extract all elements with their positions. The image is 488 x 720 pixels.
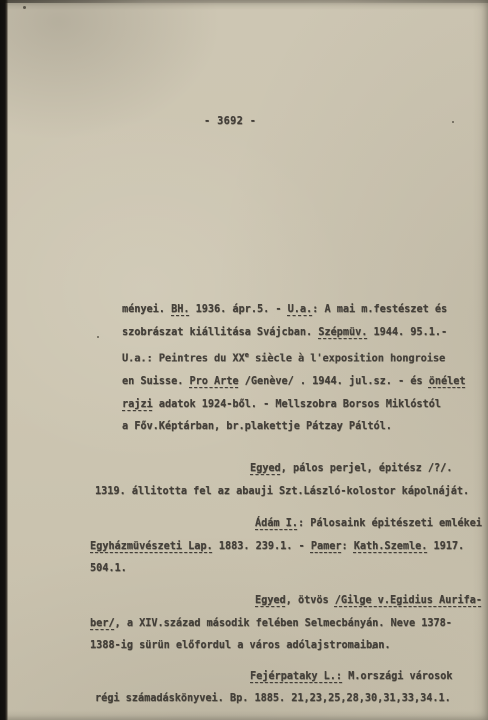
paragraph: Egyed, pálos perjel, épitész /?/. 1319. … bbox=[90, 458, 482, 503]
text-segment: adatok 1924-ből. - Mellszobra Borsos Mik… bbox=[153, 399, 441, 410]
underlined-text: U.a. bbox=[288, 304, 313, 315]
text-segment: , ötvös bbox=[286, 595, 335, 606]
underlined-text: Egyed bbox=[250, 463, 281, 474]
text-line: szobrászat kiállitása Svájcban. Szépmüv.… bbox=[122, 322, 482, 345]
text-line: Egyed, ötvös /Gilge v.Egidius Aurifa- bbox=[255, 590, 482, 613]
text-segment: 1944. 95.1.- bbox=[367, 327, 447, 338]
paragraph: ményei. BH. 1936. ápr.5. - U.a.: A mai m… bbox=[90, 299, 482, 439]
underlined-text: Kath.Szemle. bbox=[354, 541, 428, 552]
underlined-text: ber/ bbox=[90, 618, 115, 629]
text-line: rajzi adatok 1924-ből. - Mellszobra Bors… bbox=[122, 394, 482, 417]
text-line: a Főv.Képtárban, br.plakettje Pátzay Pál… bbox=[122, 416, 482, 439]
underlined-text: Szépmüv. bbox=[318, 327, 367, 338]
text-segment: ményei. bbox=[122, 304, 171, 315]
underlined-text: rajzi bbox=[122, 399, 153, 410]
text-segment: siècle à l'exposition hongroise bbox=[249, 354, 445, 365]
underlined-text: Pamer bbox=[311, 541, 342, 552]
text-segment: M.országi városok bbox=[342, 671, 452, 682]
text-segment: : A mai m.festészet és bbox=[312, 304, 447, 315]
text-segment: 1936. ápr.5. - bbox=[189, 304, 287, 315]
underlined-text: BH. bbox=[171, 304, 189, 315]
underlined-text: Ádám I. bbox=[255, 518, 298, 529]
text-segment: 1917. bbox=[427, 541, 464, 552]
text-segment: szobrászat kiállitása Svájcban. bbox=[122, 327, 318, 338]
text-line: Ádám I.: Pálosaink épitészeti emlékei bbox=[255, 513, 482, 536]
text-line: ményei. BH. 1936. ápr.5. - U.a.: A mai m… bbox=[122, 299, 482, 322]
paper-speck bbox=[452, 121, 454, 123]
paper-speck bbox=[23, 6, 26, 9]
paragraph: Ádám I.: Pálosaink épitészeti emlékei Eg… bbox=[90, 513, 482, 581]
text-line: 1319. állitotta fel az abauji Szt.László… bbox=[95, 481, 482, 504]
text-segment: 1388-ig sürün előfordul a város adólajst… bbox=[90, 640, 391, 651]
scan-edge-left bbox=[0, 0, 8, 720]
text-segment: U.a.: Peintres du XX bbox=[122, 354, 245, 365]
paragraph: Egyed, ötvös /Gilge v.Egidius Aurifa- be… bbox=[90, 590, 482, 658]
scanned-page: - 3692 - ményei. BH. 1936. ápr.5. - U.a.… bbox=[0, 0, 488, 720]
text-segment: : Pálosaink épitészeti emlékei bbox=[298, 518, 482, 529]
text-segment: 1319. állitotta fel az abauji Szt.László… bbox=[95, 486, 469, 497]
page-number: - 3692 - bbox=[204, 116, 256, 127]
underlined-text: /Gilge v.Egidius Aurifa- bbox=[335, 595, 482, 606]
text-segment: , a XIV.század második felében Selmecbán… bbox=[115, 618, 452, 629]
text-segment: en Suisse. bbox=[122, 376, 189, 387]
underlined-text: Pro Arte bbox=[189, 376, 238, 387]
text-segment: /Genève/ . 1944. jul.sz. - és bbox=[239, 376, 429, 387]
text-segment: 1883. 239.1. - bbox=[213, 541, 311, 552]
text-line: ber/, a XIV.század második felében Selme… bbox=[90, 613, 482, 636]
text-line: régi számadáskönyvei. Bp. 1885. 21,23,25… bbox=[95, 688, 482, 711]
text-segment: régi számadáskönyvei. Bp. 1885. 21,23,25… bbox=[95, 693, 451, 704]
underlined-text: Egyházmüvészeti Lap. bbox=[90, 541, 213, 552]
underlined-text: önélet bbox=[429, 376, 466, 387]
text-line: Fejérpataky L.: M.országi városok bbox=[250, 666, 482, 689]
text-line: U.a.: Peintres du XXe siècle à l'exposit… bbox=[122, 344, 482, 371]
paragraph: Fejérpataky L.: M.országi városok régi s… bbox=[90, 666, 482, 711]
underlined-text: Egyed bbox=[255, 595, 286, 606]
text-line: Egyed, pálos perjel, épitész /?/. bbox=[250, 458, 482, 481]
text-segment: : bbox=[341, 541, 353, 552]
text-line: 1388-ig sürün előfordul a város adólajst… bbox=[90, 635, 482, 658]
text-line: en Suisse. Pro Arte /Genève/ . 1944. jul… bbox=[122, 371, 482, 394]
text-segment: 504.1. bbox=[90, 563, 127, 574]
scan-edge-top bbox=[0, 0, 488, 3]
text-segment: , pálos perjel, épitész /?/. bbox=[281, 463, 453, 474]
underlined-text: Fejérpataky L.: bbox=[250, 671, 342, 682]
text-block: ményei. BH. 1936. ápr.5. - U.a.: A mai m… bbox=[90, 299, 482, 711]
text-line: Egyházmüvészeti Lap. 1883. 239.1. - Pame… bbox=[90, 536, 482, 559]
text-segment: a Főv.Képtárban, br.plakettje Pátzay Pál… bbox=[122, 421, 392, 432]
text-line: 504.1. bbox=[90, 558, 482, 581]
